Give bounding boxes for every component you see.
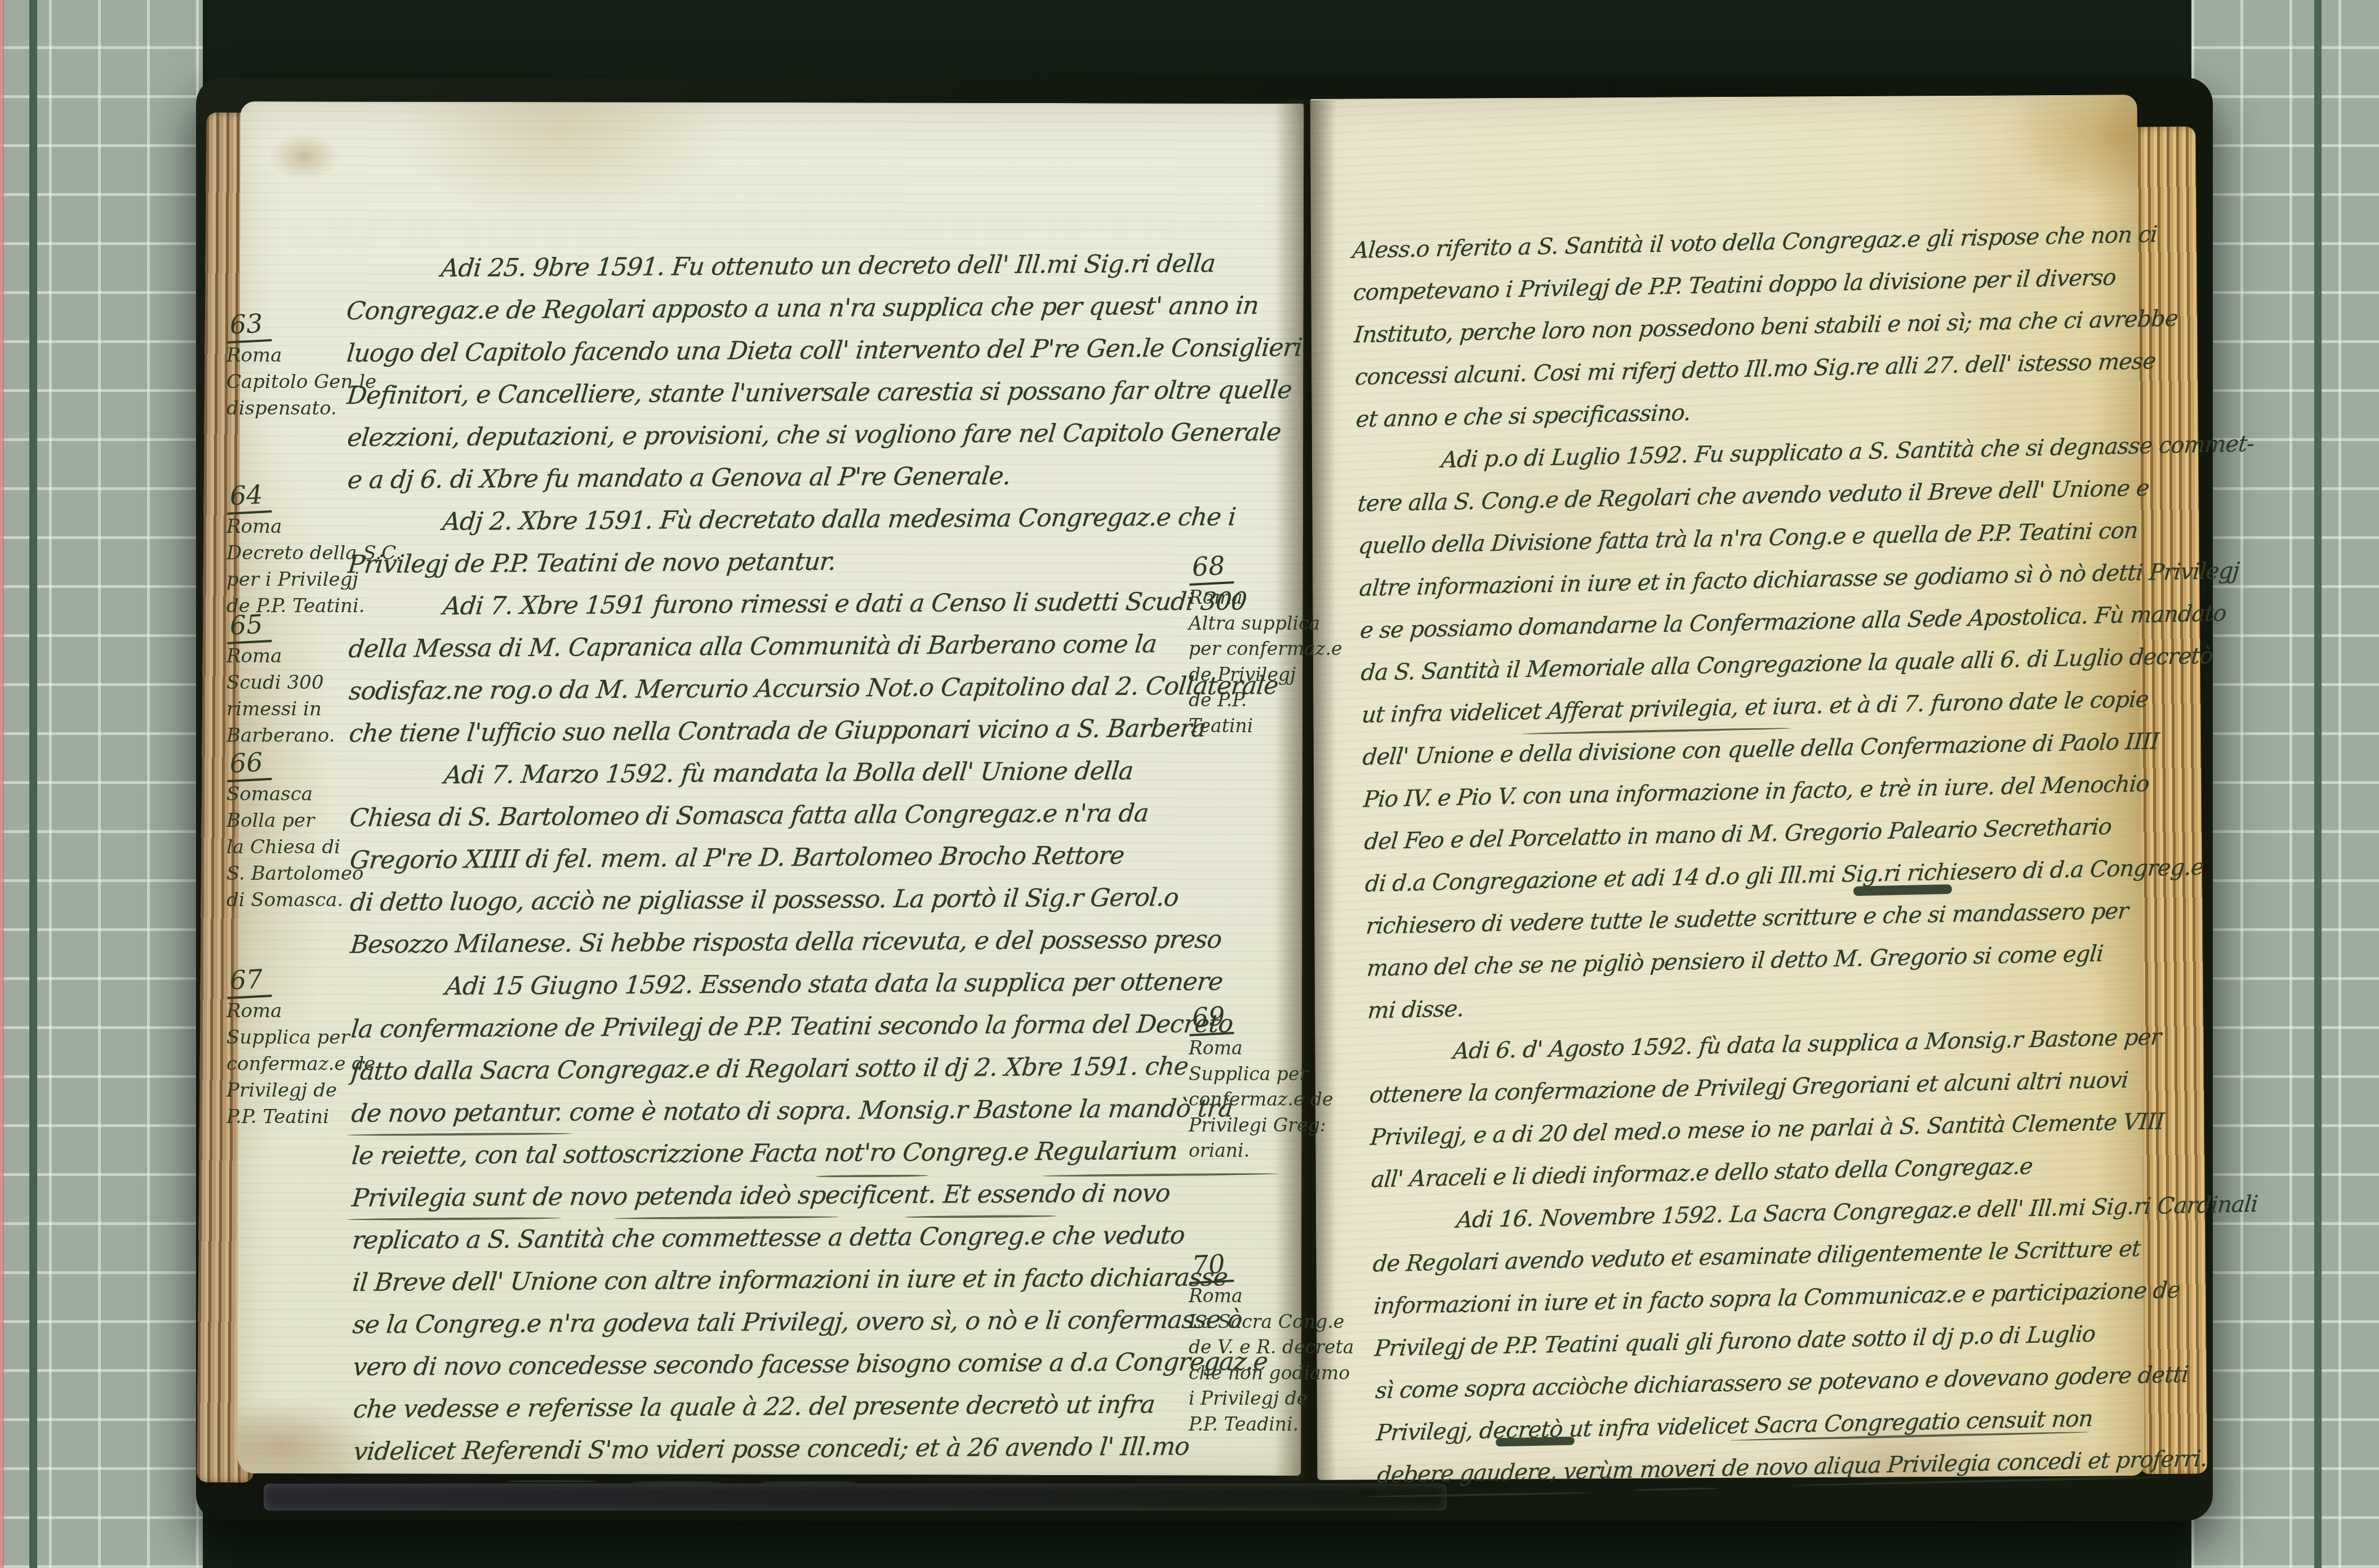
manuscript-text-line: Gregorio XIIII di fel. mem. al P're D. B…: [349, 841, 1126, 875]
calibration-grid-right: [2191, 0, 2379, 1568]
ink-underline: [507, 1480, 597, 1482]
manuscript-text-line: e a dj 6. di Xbre fu mandato a Genova al…: [346, 462, 1012, 495]
manuscript-text-line: Adj 2. Xbre 1591. Fù decretato dalla med…: [441, 502, 1237, 536]
entry-number: 66: [225, 746, 272, 782]
manuscript-text-line: Adi 7. Xbre 1591 furono rimessi e dati a…: [442, 587, 1248, 621]
manuscript-text-line: de novo petantur. come è notato di sopra…: [350, 1094, 1234, 1128]
entry-number: 64: [225, 479, 272, 515]
entry-number: 63: [225, 308, 272, 344]
margin-note: 65RomaScudi 300rimessi inBarberano.: [226, 609, 335, 749]
margin-note-line: oriani.: [1189, 1138, 1333, 1164]
manuscript-text-line: mi disse.: [1367, 996, 1465, 1024]
margin-note-line: Teatini: [1189, 713, 1342, 739]
manuscript-text-line: di detto luogo, acciò ne pigliasse il po…: [349, 883, 1180, 917]
margin-note-line: Bolla per: [226, 808, 364, 834]
manuscript-text-line: della Messa di M. Capranica alla Communi…: [347, 630, 1158, 663]
margin-note: 66SomascaBolla perla Chiesa diS. Bartolo…: [226, 747, 364, 914]
manuscript-text-line: vero di novo concedesse secondo facesse …: [352, 1347, 1269, 1382]
manuscript-text-line: Definitori, e Cancelliere, stante l'univ…: [346, 376, 1293, 410]
manuscript-text-line: che vedesse e referisse la quale à 22. d…: [352, 1390, 1157, 1424]
margin-note: 68RomaAltra supplicaper confermaz.ede Pr…: [1189, 551, 1342, 738]
manuscript-text-line: replicato a S. Santità che commettesse a…: [351, 1221, 1186, 1255]
margin-note-line: Roma: [1189, 1035, 1333, 1061]
ink-underline: [631, 1481, 721, 1484]
manuscript-text-line: Chiesa di S. Bartolomeo di Somasca fatta…: [348, 799, 1150, 832]
margin-note-line: i Privilegj de: [1189, 1386, 1354, 1411]
margin-note-line: P.P. Teadini.: [1189, 1411, 1354, 1437]
manuscript-photo: 63RomaCapitolo Gen.ledispensato.64RomaDe…: [0, 0, 2379, 1568]
margin-note-line: S. Bartolomeo: [226, 861, 364, 887]
ink-underline: [761, 1481, 856, 1484]
margin-note-line: Roma: [226, 643, 335, 670]
manuscript-text-line: sodisfaz.ne rog.o da M. Mercurio Accursi…: [348, 671, 1279, 706]
manuscript-text-line: che tiene l'ufficio suo nella Contrada d…: [348, 714, 1207, 748]
manuscript-text-line: Besozzo Milanese. Si hebbe risposta dell…: [349, 925, 1223, 959]
manuscript-text-line: luogo del Capitolo facendo una Dieta col…: [345, 333, 1303, 368]
manuscript-text-line: Privilegia sunt de novo petenda ideò spe…: [350, 1179, 1171, 1213]
manuscript-text-line: Adi 25. 9bre 1591. Fu ottenuto un decret…: [439, 250, 1216, 283]
margin-note-line: di Somasca.: [226, 887, 364, 914]
entry-number: 65: [225, 608, 272, 644]
margin-note-line: la Chiesa di: [226, 834, 364, 861]
manuscript-text-line: Adi 15 Giugno 1592. Essendo stata data l…: [444, 967, 1224, 1000]
manuscript-text-line: elezzioni, deputazioni, e provisioni, ch…: [346, 418, 1282, 452]
manuscript-text-line: Congregaz.e de Regolari apposto a una n'…: [345, 291, 1260, 326]
entry-number: 68: [1188, 550, 1234, 586]
manuscript-text-line: il Breve dell' Unione con altre informaz…: [351, 1263, 1229, 1297]
margin-note-line: Roma: [226, 514, 402, 540]
manuscript-text-line: la confermazione de Privilegj de P.P. Te…: [350, 1009, 1234, 1044]
ink-strikethrough: [1496, 1437, 1575, 1447]
margin-note-line: rimessi in: [226, 696, 335, 723]
margin-note-line: per confermaz.e: [1189, 636, 1342, 662]
manuscript-text-line: Adi 7. Marzo 1592. fù mandata la Bolla d…: [443, 756, 1135, 790]
margin-note-line: Barberano.: [226, 723, 335, 749]
margin-note-line: Somasca: [226, 781, 364, 808]
entry-number: 67: [225, 963, 272, 999]
manuscript-text-line: Privilegj de P.P. Teatini de novo petant…: [347, 547, 837, 579]
margin-note-line: Scudi 300: [226, 670, 335, 696]
manuscript-text-line: le reiette, con tal sottoscrizzione Fact…: [350, 1137, 1179, 1170]
manuscript-text-line: se la Congreg.e n'ra godeva tali Privile…: [352, 1305, 1243, 1339]
manuscript-text-line: fatto dalla Sacra Congregaz.e di Regolar…: [350, 1052, 1190, 1086]
margin-note-line: Supplica per: [1189, 1061, 1333, 1087]
manuscript-text-line: videlicet Referendi S'mo videri posse co…: [352, 1432, 1190, 1466]
calibration-grid-left: [0, 0, 203, 1568]
